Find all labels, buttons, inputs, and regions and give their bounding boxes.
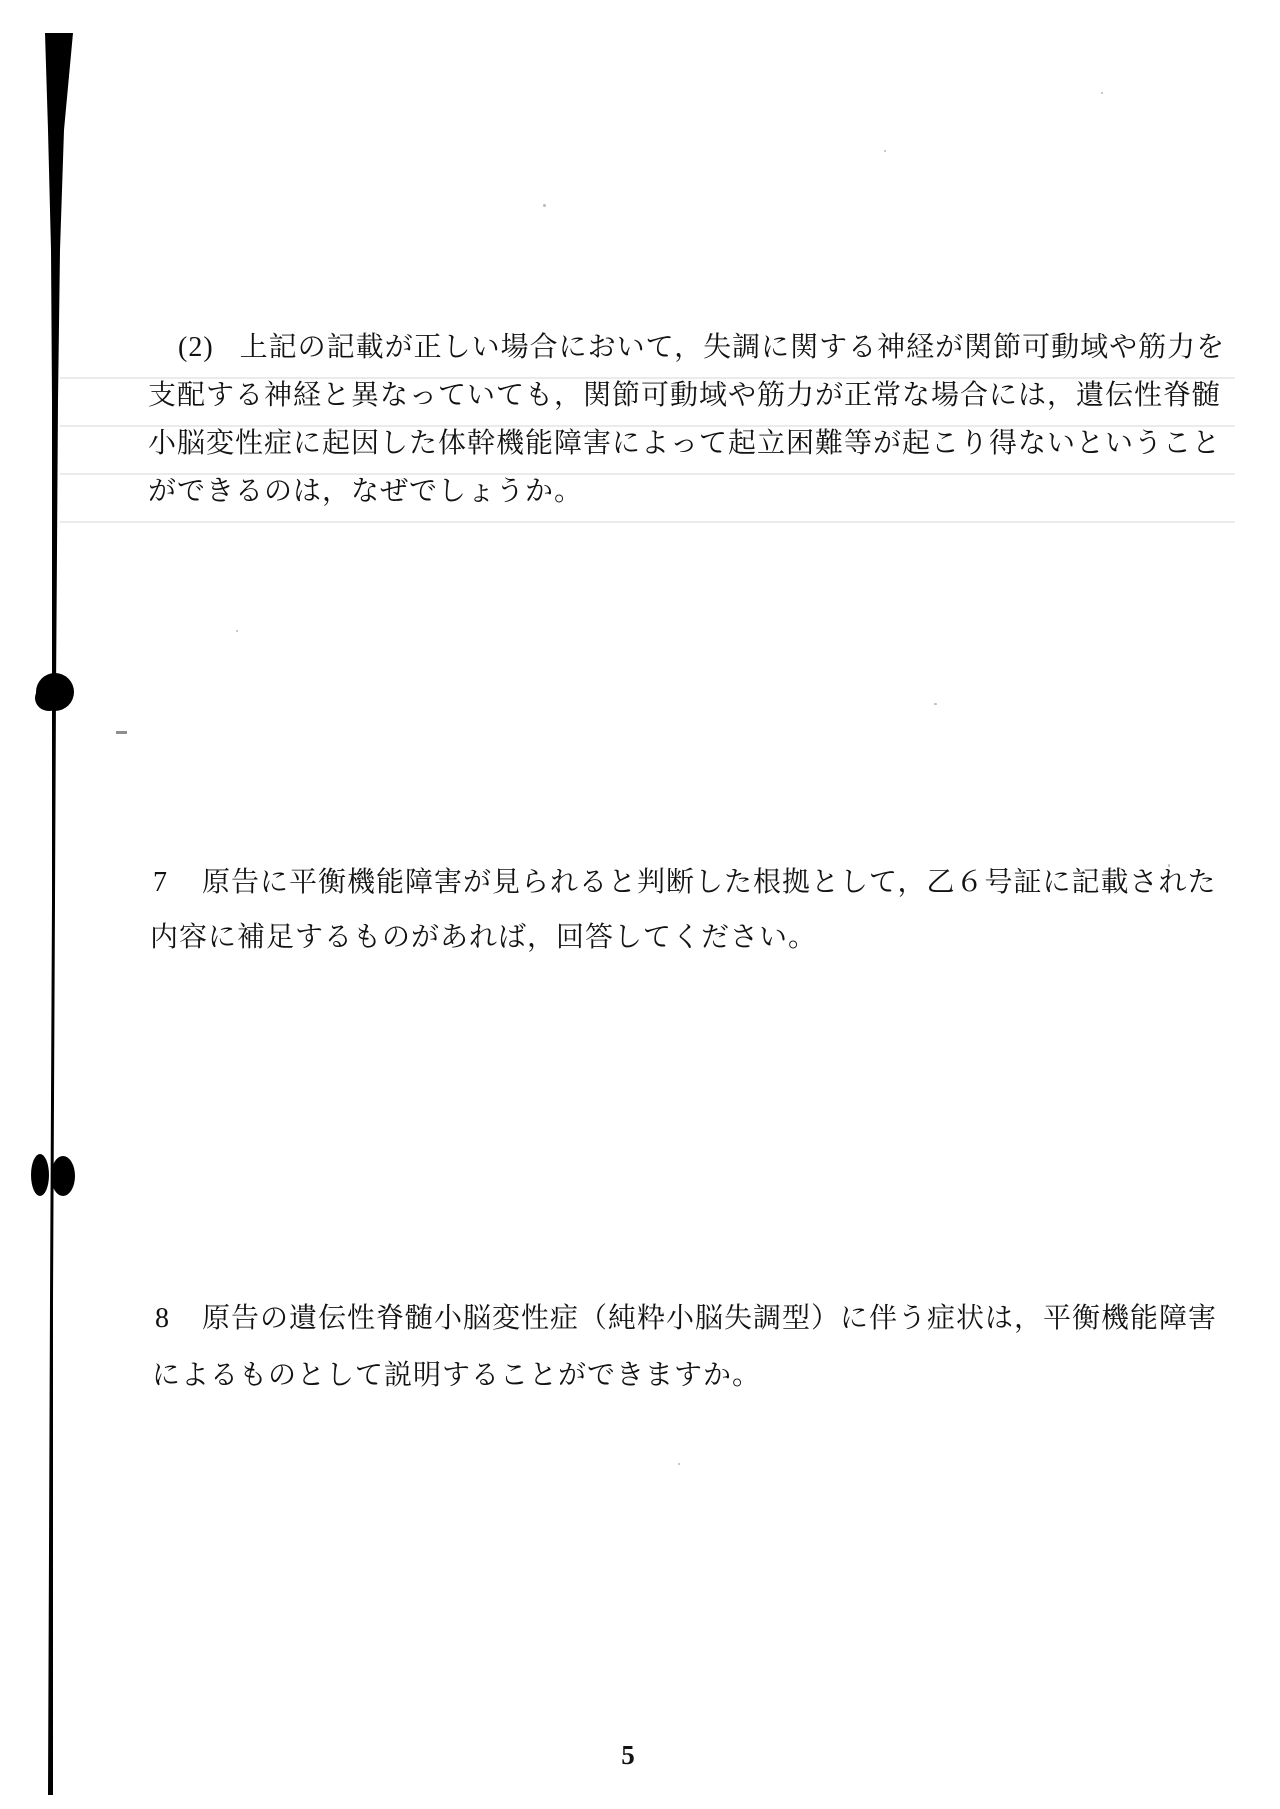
scan-speck [678,1463,680,1465]
question-7-number: 7 [153,855,168,910]
dash-mark-artifact [116,731,127,734]
text-line: (2)上記の記載が正しい場合において，失調に関する神経が関節可動域や筋力を [148,324,1225,372]
binding-edge-artifact [0,0,140,1809]
text-line: ができるのは，なぜでしょうか。 [148,468,1225,516]
binding-hole-top-lobe [35,685,63,711]
question-8-paragraph: 8原告の遺伝性脊髄小脳変性症（純粋小脳失調型）に伴う症状は，平衡機能障害 による… [152,1290,1217,1404]
scan-streak [60,521,1235,523]
question-2-paragraph: (2)上記の記載が正しい場合において，失調に関する神経が関節可動域や筋力を 支配… [148,324,1225,516]
question-7-paragraph: 7原告に平衡機能障害が見られると判断した根拠として，乙６号証に記載された 内容に… [150,855,1216,965]
text-line: 7原告に平衡機能障害が見られると判断した根拠として，乙６号証に記載された [150,855,1216,910]
scan-speck [236,630,238,632]
text-line-content: 上記の記載が正しい場合において，失調に関する神経が関節可動域や筋力を [240,332,1225,363]
text-line: 小脳変性症に起因した体幹機能障害によって起立困難等が起こり得ないということ [148,420,1225,468]
scanned-document-page: (2)上記の記載が正しい場合において，失調に関する神経が関節可動域や筋力を 支配… [0,0,1280,1809]
text-line-content: 原告の遺伝性脊髄小脳変性症（純粋小脳失調型）に伴う症状は，平衡機能障害 [202,1303,1217,1334]
scan-speck [1101,92,1103,94]
question-8-number: 8 [155,1290,170,1347]
binding-hole-bottom-right-lobe [51,1156,75,1196]
text-line: によるものとして説明することができますか。 [152,1347,1217,1404]
text-line-content: 原告に平衡機能障害が見られると判断した根拠として，乙６号証に記載された [202,867,1216,898]
text-line: 8原告の遺伝性脊髄小脳変性症（純粋小脳失調型）に伴う症状は，平衡機能障害 [152,1290,1217,1347]
text-line: 内容に補足するものがあれば，回答してください。 [150,910,1216,965]
scan-speck [884,150,886,152]
scan-speck [543,204,546,207]
binding-hole-bottom-left-lobe [31,1154,49,1196]
text-line: 支配する神経と異なっていても，関節可動域や筋力が正常な場合には，遺伝性脊髄 [148,372,1225,420]
scan-edge-bar [45,33,73,1795]
question-2-number: (2) [178,324,214,372]
page-number: 5 [598,1740,658,1771]
scan-speck [934,703,937,705]
